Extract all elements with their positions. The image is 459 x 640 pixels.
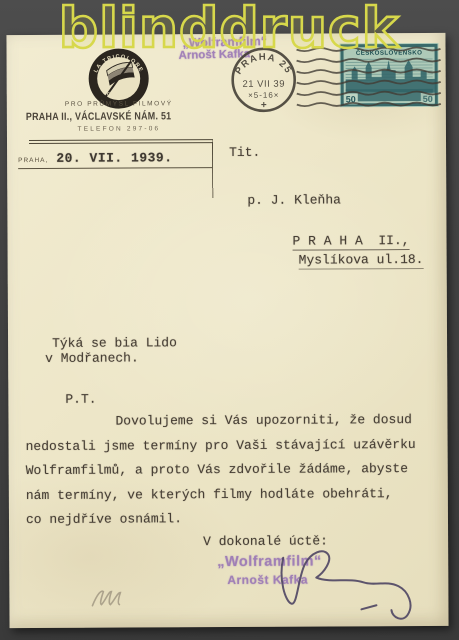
letterhead-address-line: PRAHA II., VÁCLAVSKÉ NÁM. 51 bbox=[26, 110, 172, 123]
postmark-date: 21 VII 39 bbox=[242, 79, 285, 90]
body-line: nedostali jsme termíny pro Vaši stávajíc… bbox=[26, 432, 440, 459]
postcard-scan: „Wolframfilm“ Arnošt Kafka LA TRICOLORE … bbox=[0, 0, 459, 640]
letterhead-phone-line: TELEFON 297-06 bbox=[44, 125, 194, 133]
postcard: „Wolframfilm“ Arnošt Kafka LA TRICOLORE … bbox=[6, 33, 448, 628]
body-line: nám termíny, ve kterých filmy hodláte ob… bbox=[26, 482, 440, 509]
date-place-label: PRAHA, bbox=[18, 157, 48, 166]
address-street: Myslíkova ul.18. bbox=[299, 252, 424, 270]
address-city: P R A H A II., bbox=[292, 233, 409, 251]
body-line: Wolframfilmů, a proto Vás zdvořile žádám… bbox=[26, 457, 440, 484]
subject-line2: v Modřanech. bbox=[45, 350, 139, 365]
postmark-bottom-mark: + bbox=[261, 100, 267, 111]
postmark-time: ×5-16× bbox=[248, 91, 279, 100]
handwritten-signature bbox=[245, 539, 430, 625]
address-salutation: Tit. bbox=[229, 145, 260, 160]
body-greeting: P.T. bbox=[65, 392, 96, 407]
watermark: blinddruck bbox=[0, 0, 459, 66]
body-line: co nejdříve osnámil. bbox=[26, 506, 440, 533]
typed-date: 20. VII. 1939. bbox=[56, 150, 172, 166]
date-box bbox=[29, 139, 213, 199]
body-line: Dovolujeme si Vás upozorniti, že dosud bbox=[25, 408, 439, 435]
body-paragraph: Dovolujeme si Vás upozorniti, že dosud n… bbox=[25, 408, 440, 533]
address-name: p. J. Kleňha bbox=[247, 192, 341, 207]
date-row: PRAHA, 20. VII. 1939. bbox=[18, 150, 212, 169]
letterhead-industry-line: PRO PRŮMYSL FILMOVÝ bbox=[44, 100, 194, 108]
pencil-notation bbox=[89, 585, 141, 611]
subject-line1: Týká se bia Lido bbox=[52, 335, 177, 351]
watermark-text: blinddruck bbox=[59, 0, 400, 60]
